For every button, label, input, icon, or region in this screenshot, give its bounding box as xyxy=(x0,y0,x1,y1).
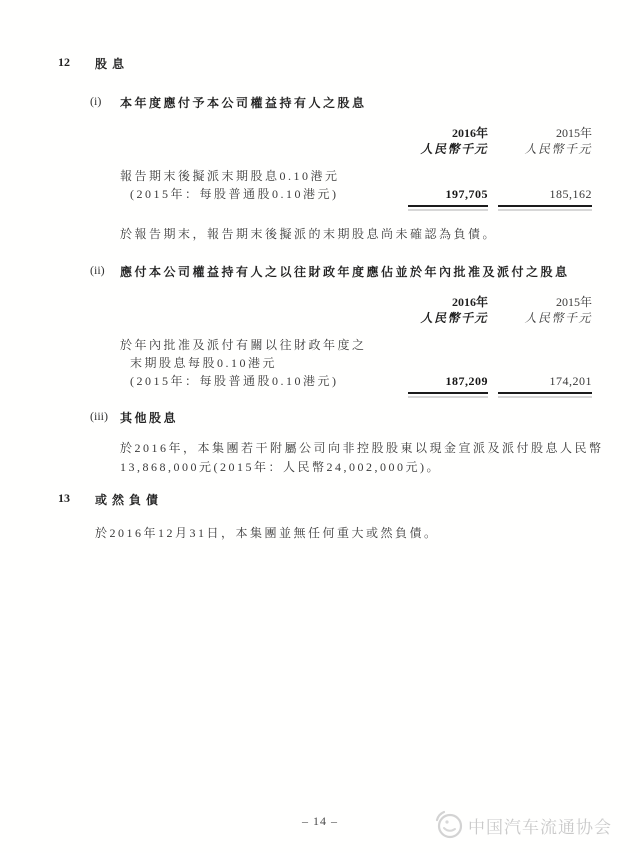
page-footer: – 14 – 中国汽车流通协会 xyxy=(0,806,640,852)
table-1-row-label: 報告期末後擬派末期股息0.10港元 (2015年：每股普通股0.10港元) xyxy=(120,167,408,207)
cada-logo-icon xyxy=(431,806,465,844)
value-2015-cell: 185,162 xyxy=(498,187,592,207)
value-2015-cell: 174,201 xyxy=(498,374,592,394)
unit-rmb-thousand-2015: 人民幣千元 xyxy=(498,141,592,158)
section-12-number: 12 xyxy=(58,55,95,72)
item-i-note: 於報告期末，報告期末後擬派的末期股息尚未確認為負債。 xyxy=(120,225,592,243)
section-13-number: 13 xyxy=(58,491,95,508)
year-2015-label: 2015年 xyxy=(498,124,592,141)
row-label-line-1: 於年內批准及派付有關以往財政年度之 xyxy=(120,336,408,354)
dividend-table-1: 2016年 人民幣千元 2015年 人民幣千元 報告期末後擬派末期股息0.10港… xyxy=(120,124,592,207)
section-13-heading: 13 或然負債 xyxy=(58,491,592,508)
watermark: 中国汽车流通协会 xyxy=(431,806,612,844)
table-2-col-2015-header: 2015年 人民幣千元 xyxy=(498,293,592,327)
unit-rmb-thousand-2016: 人民幣千元 xyxy=(408,141,488,158)
item-ii-label: (ii) xyxy=(90,263,120,280)
value-2015: 185,162 xyxy=(550,187,593,201)
year-2016-label: 2016年 xyxy=(408,293,488,310)
value-2016-cell: 187,209 xyxy=(408,374,488,394)
unit-rmb-thousand-2015: 人民幣千元 xyxy=(498,310,592,327)
table-2-col-2016-header: 2016年 人民幣千元 xyxy=(408,293,488,327)
item-iii-paragraph: 於2016年，本集團若干附屬公司向非控股股東以現金宣派及派付股息人民幣13,86… xyxy=(120,439,614,477)
table-1-col-2016-header: 2016年 人民幣千元 xyxy=(408,124,488,158)
row-label-line-1: 報告期末後擬派末期股息0.10港元 xyxy=(120,167,408,185)
value-2016: 197,705 xyxy=(446,187,489,201)
item-iii-title: 其他股息 xyxy=(120,409,178,426)
table-1-row: 報告期末後擬派末期股息0.10港元 (2015年：每股普通股0.10港元) 19… xyxy=(120,167,592,207)
item-i-label: (i) xyxy=(90,94,120,111)
table-2-row-label: 於年內批准及派付有關以往財政年度之 末期股息每股0.10港元 (2015年：每股… xyxy=(120,336,408,394)
section-12-body: (i) 本年度應付予本公司權益持有人之股息 2016年 人民幣千元 2015年 … xyxy=(90,94,592,477)
unit-rmb-thousand-2016: 人民幣千元 xyxy=(408,310,488,327)
item-ii-content: 2016年 人民幣千元 2015年 人民幣千元 於年內批准及派付有關以往財政年度… xyxy=(120,293,592,394)
table-2-row: 於年內批准及派付有關以往財政年度之 末期股息每股0.10港元 (2015年：每股… xyxy=(120,336,592,394)
row-label-line-3: (2015年：每股普通股0.10港元) xyxy=(120,372,408,390)
item-iii-label: (iii) xyxy=(90,409,120,426)
value-2016-cell: 197,705 xyxy=(408,187,488,207)
year-2015-label: 2015年 xyxy=(498,293,592,310)
section-13-body: 於2016年12月31日，本集團並無任何重大或然負債。 xyxy=(95,524,592,543)
table-1-col-2015-header: 2015年 人民幣千元 xyxy=(498,124,592,158)
table-1-header: 2016年 人民幣千元 2015年 人民幣千元 xyxy=(120,124,592,158)
item-i-heading: (i) 本年度應付予本公司權益持有人之股息 xyxy=(90,94,592,111)
watermark-text: 中国汽车流通协会 xyxy=(468,813,612,838)
row-label-line-2: 末期股息每股0.10港元 xyxy=(120,354,408,372)
item-i-title: 本年度應付予本公司權益持有人之股息 xyxy=(120,94,367,111)
item-iii-content: 於2016年，本集團若干附屬公司向非控股股東以現金宣派及派付股息人民幣13,86… xyxy=(120,439,592,477)
section-12-title: 股息 xyxy=(95,55,129,72)
section-12-heading: 12 股息 xyxy=(58,55,592,72)
table-2-header: 2016年 人民幣千元 2015年 人民幣千元 xyxy=(120,293,592,327)
section-13-paragraph: 於2016年12月31日，本集團並無任何重大或然負債。 xyxy=(95,524,589,543)
dividend-table-2: 2016年 人民幣千元 2015年 人民幣千元 於年內批准及派付有關以往財政年度… xyxy=(120,293,592,394)
item-ii-heading: (ii) 應付本公司權益持有人之以往財政年度應佔並於年內批准及派付之股息 xyxy=(90,263,592,280)
value-2015: 174,201 xyxy=(550,374,593,388)
year-2016-label: 2016年 xyxy=(408,124,488,141)
item-i-content: 2016年 人民幣千元 2015年 人民幣千元 報告期末後擬派末期股息0.10港… xyxy=(120,124,592,243)
value-2016: 187,209 xyxy=(446,374,489,388)
item-ii-title: 應付本公司權益持有人之以往財政年度應佔並於年內批准及派付之股息 xyxy=(120,263,570,280)
section-13-title: 或然負債 xyxy=(95,491,163,508)
item-iii-heading: (iii) 其他股息 xyxy=(90,409,592,426)
document-page: 12 股息 (i) 本年度應付予本公司權益持有人之股息 2016年 人民幣千元 … xyxy=(0,0,640,853)
row-label-line-2: (2015年：每股普通股0.10港元) xyxy=(120,185,408,203)
